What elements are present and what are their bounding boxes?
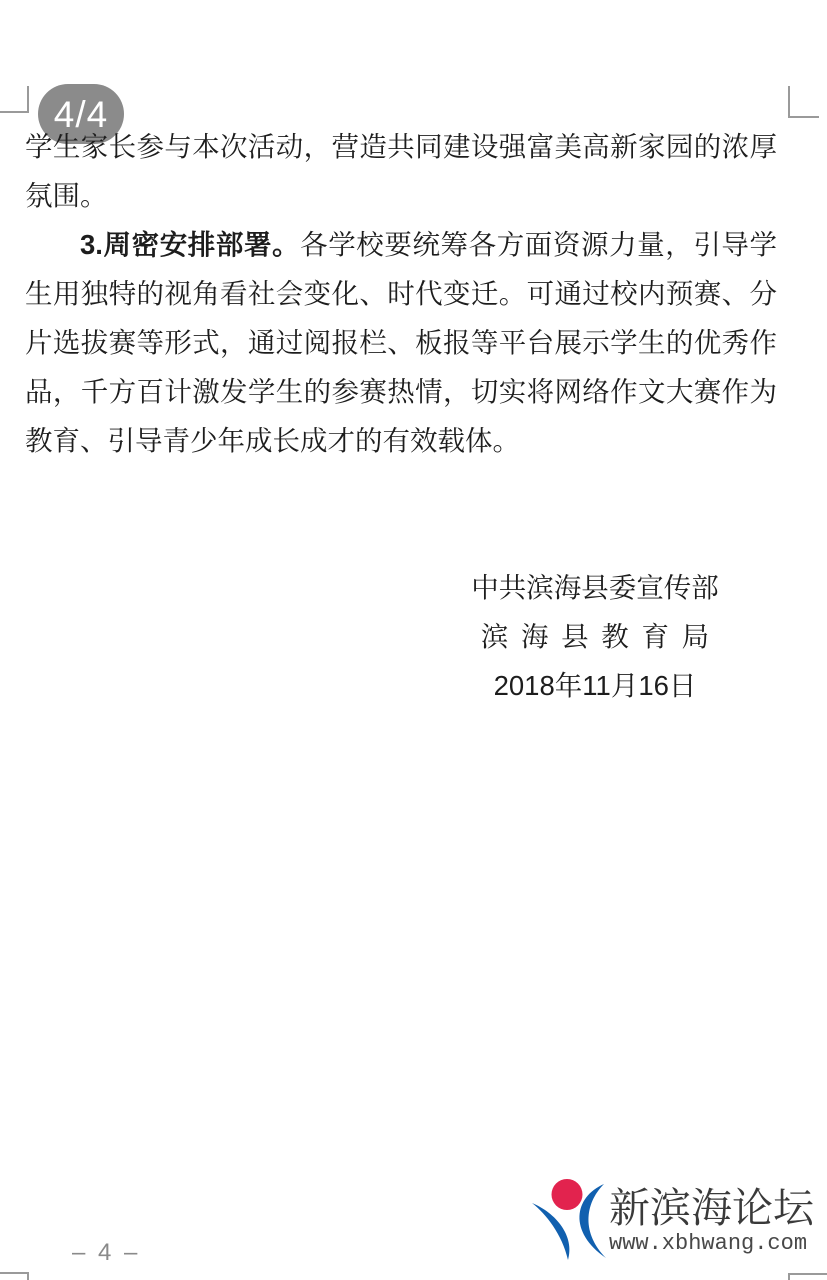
crop-mark-top-left-icon	[0, 86, 29, 113]
document-body: 学生家长参与本次活动，营造共同建设强富美高新家园的浓厚氛围。 3.周密安排部署。…	[25, 122, 777, 465]
crop-mark-top-right-icon	[788, 86, 819, 118]
issuer-org-line1: 中共滨海县委宣传部	[380, 563, 810, 612]
crop-mark-bottom-left-icon	[0, 1272, 29, 1280]
xbh-forum-logo-icon	[528, 1178, 608, 1262]
watermark-text-block: 新滨海论坛 www.xbhwang.com	[609, 1178, 814, 1255]
item3-body-text: 各学校要统筹各方面资源力量，引导学生用独特的视角看社会变化、时代变迁。可通过校内…	[25, 229, 777, 456]
item3-lead-text: 3.周密安排部署。	[80, 229, 300, 260]
signature-block: 中共滨海县委宣传部 滨海县教育局 2018年11月16日	[380, 563, 810, 710]
page-number: – 4 –	[72, 1241, 140, 1265]
issue-date: 2018年11月16日	[380, 661, 810, 710]
paragraph-item3: 3.周密安排部署。各学校要统筹各方面资源力量，引导学生用独特的视角看社会变化、时…	[25, 220, 777, 465]
site-url: www.xbhwang.com	[609, 1233, 814, 1255]
site-watermark: 新滨海论坛 www.xbhwang.com	[528, 1178, 814, 1262]
issuer-org-line2: 滨海县教育局	[380, 612, 810, 661]
site-name: 新滨海论坛	[609, 1186, 814, 1230]
scanned-document-page: 4/4 学生家长参与本次活动，营造共同建设强富美高新家园的浓厚氛围。 3.周密安…	[0, 0, 827, 1280]
paragraph-continuation: 学生家长参与本次活动，营造共同建设强富美高新家园的浓厚氛围。	[25, 122, 777, 220]
crop-mark-bottom-right-icon	[788, 1273, 827, 1280]
